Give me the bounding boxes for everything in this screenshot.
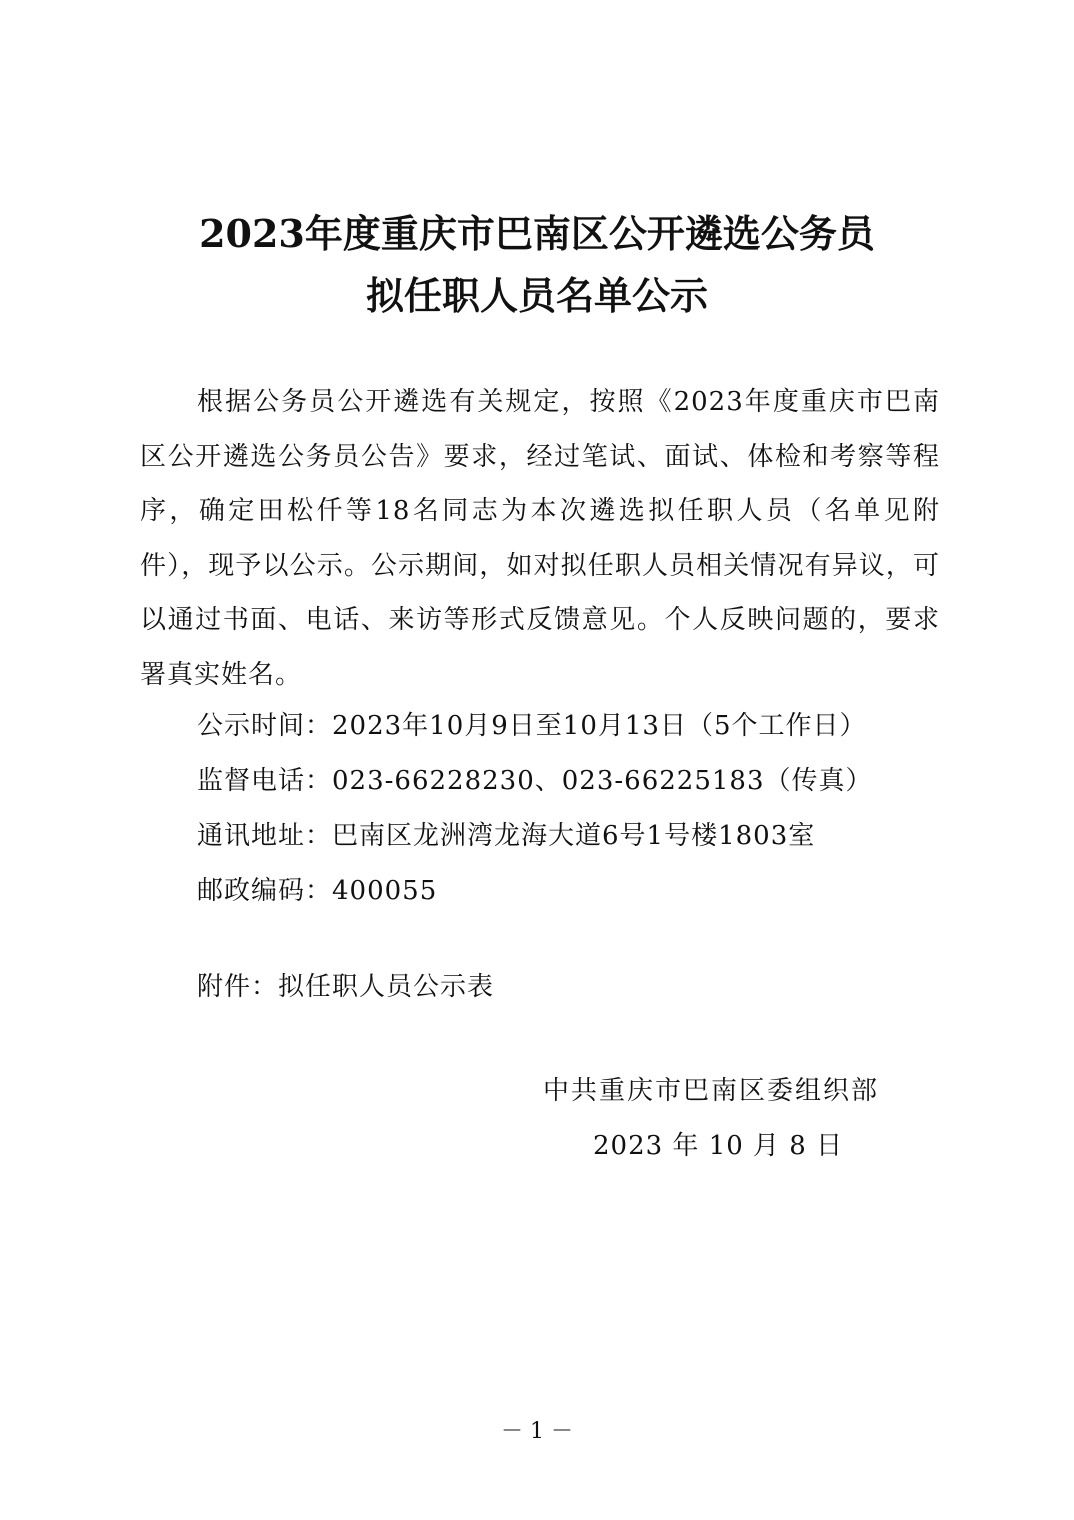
publicity-period: 公示时间：2023年10月9日至10月13日（5个工作日） xyxy=(197,705,867,742)
document-title-line-2: 拟任职人员名单公示 xyxy=(0,265,1074,320)
postal-code: 邮政编码：400055 xyxy=(197,870,437,907)
body-paragraph-text: 根据公务员公开遴选有关规定，按照《2023年度重庆市巴南区公开遴选公务员公告》要… xyxy=(140,387,940,690)
signature-organization: 中共重庆市巴南区委组织部 xyxy=(543,1070,879,1107)
signature-date: 2023 年 10 月 8 日 xyxy=(593,1125,843,1162)
document-title-line-1: 2023年度重庆市巴南区公开遴选公务员 xyxy=(0,203,1074,258)
mailing-address: 通讯地址：巴南区龙洲湾龙海大道6号1号楼1803室 xyxy=(197,815,815,852)
supervision-phone: 监督电话：023-66228230、023-66225183（传真） xyxy=(197,760,873,797)
attachment-note: 附件：拟任职人员公示表 xyxy=(197,966,494,1003)
page-number: － 1 － xyxy=(0,1414,1074,1445)
body-paragraph: 根据公务员公开遴选有关规定，按照《2023年度重庆市巴南区公开遴选公务员公告》要… xyxy=(140,375,940,702)
